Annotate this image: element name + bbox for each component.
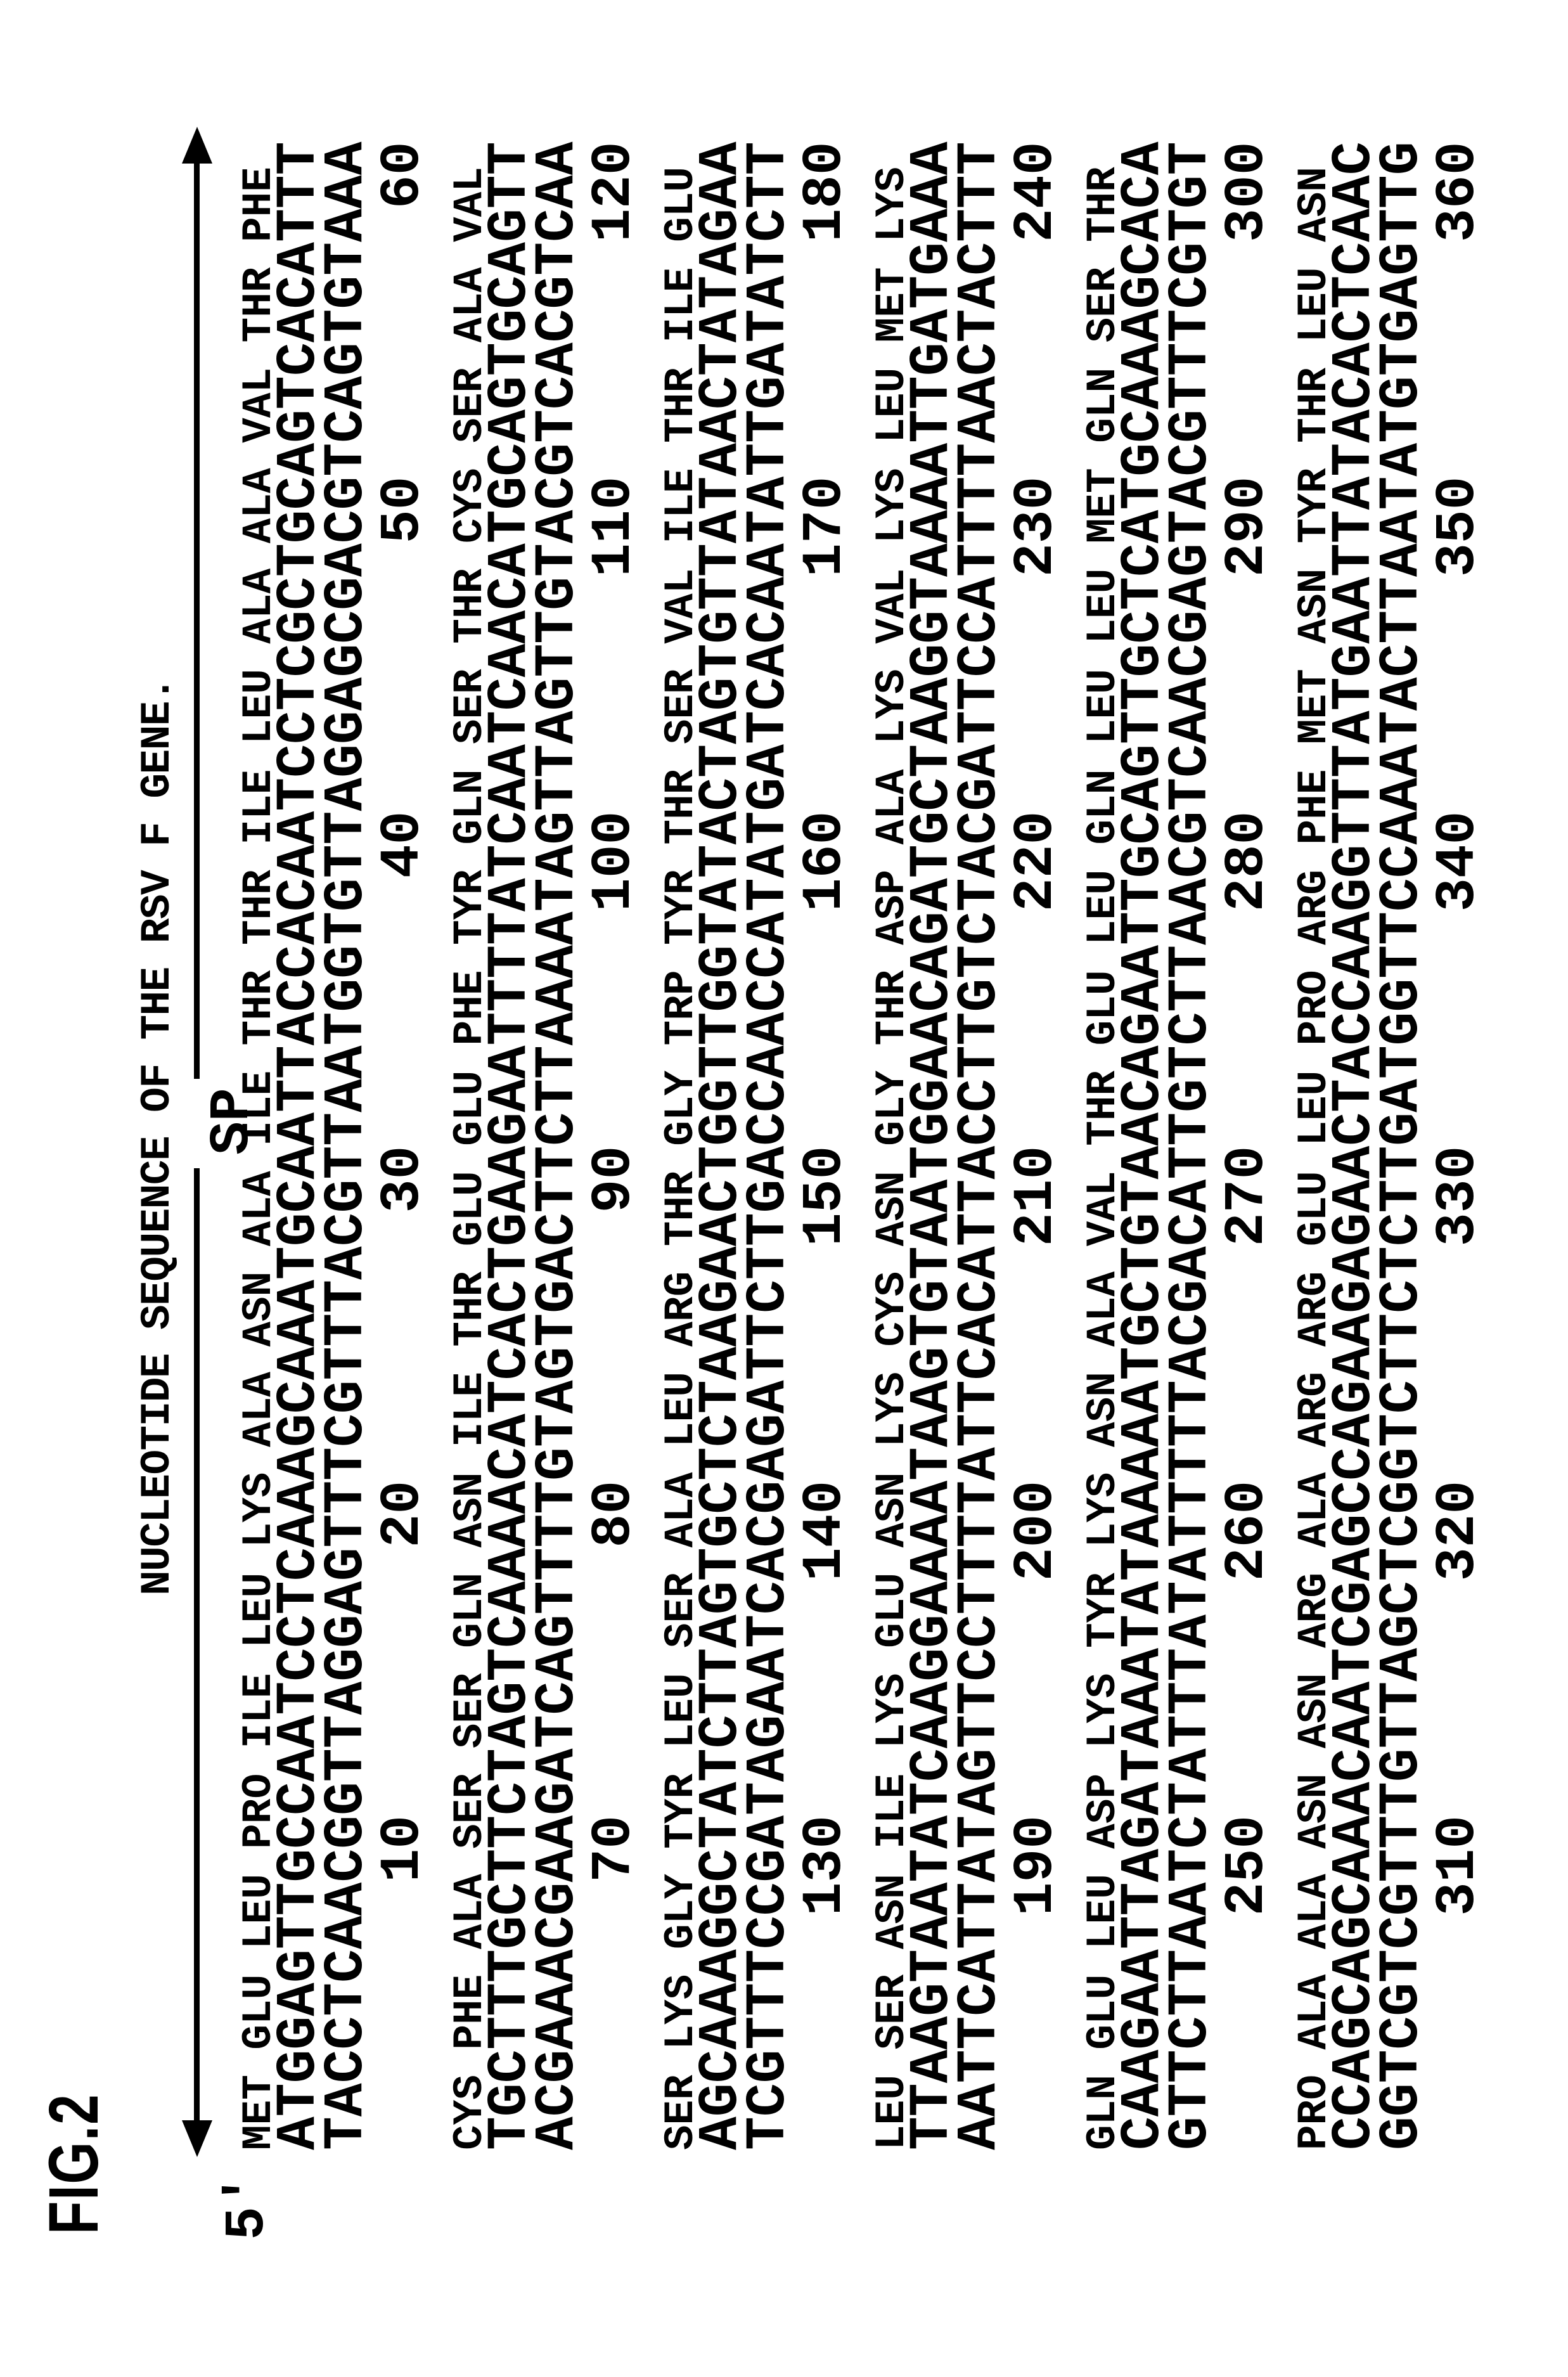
figure-label: FIG.2 bbox=[39, 2094, 109, 2234]
arrow-left-head-icon bbox=[182, 2120, 212, 2157]
position-numbers-line: 70 80 90 100 110 120 bbox=[587, 141, 643, 2150]
position-numbers-line: 10 20 30 40 50 60 bbox=[376, 141, 432, 2150]
antisense-strand-line: TCGTTTCCGATAGAATCACGAGATTCTTGACCAACCATAT… bbox=[742, 141, 797, 2150]
antisense-strand-line: TACCTCAACGGTTAGGAGTTTCGTTTACGTTAATGGTGTT… bbox=[319, 141, 375, 2150]
position-numbers-line: 130 140 150 160 170 180 bbox=[798, 141, 854, 2150]
position-numbers-line: 310 320 330 340 350 360 bbox=[1431, 141, 1487, 2150]
antisense-strand-line: GGTCGTCGTTTGTTAGCTCGGTCTTCTCTTGATGGTTCCA… bbox=[1375, 141, 1430, 2150]
rotated-figure: FIG.2 NUCLEOTIDE SEQUENCE OF THE RSV F G… bbox=[0, 0, 1568, 2377]
five-prime-label: 5' bbox=[221, 2173, 276, 2240]
arrow-right-head-icon bbox=[182, 127, 212, 164]
page: { "figure": { "label": "FIG.2", "title":… bbox=[0, 0, 1568, 2377]
sp-arrow-shaft-left bbox=[194, 1168, 200, 2124]
position-numbers-line: 190 200 210 220 230 240 bbox=[1009, 141, 1065, 2150]
antisense-strand-line: GTTCTTAATCTATTTATATTTTTACGACATTGTCTTAACG… bbox=[1164, 141, 1219, 2150]
antisense-strand-line: ACGAAACGAAGATCAGTTTTGTAGTGACTTCTTAAAATAG… bbox=[530, 141, 586, 2150]
figure-title: NUCLEOTIDE SEQUENCE OF THE RSV F GENE. bbox=[137, 678, 179, 1595]
position-numbers-line: 250 260 270 280 290 300 bbox=[1220, 141, 1276, 2150]
sp-arrow-shaft-right bbox=[194, 160, 200, 1079]
antisense-strand-line: AATTCATTATAGTTCCTTTTATTCACATTACCTTGTCTAC… bbox=[953, 141, 1008, 2150]
